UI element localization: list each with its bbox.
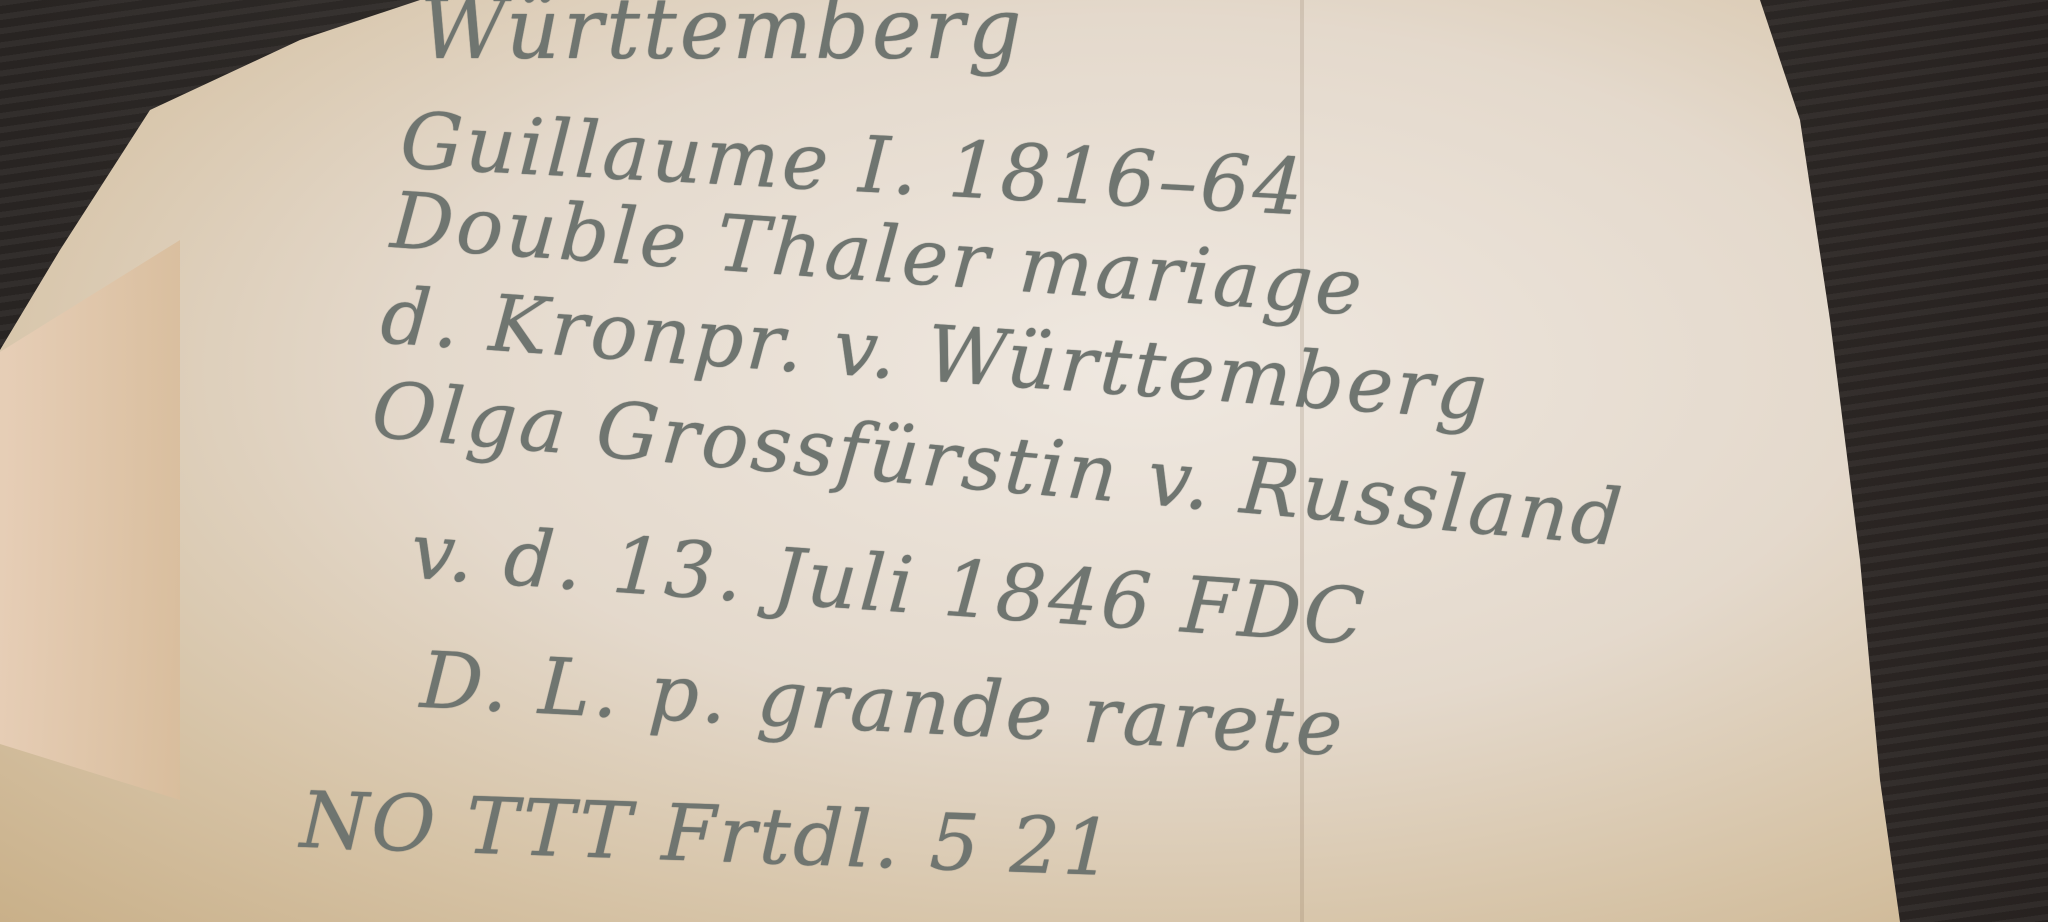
note-line-7: D. L. p. grande rarete [418,636,1347,774]
handwritten-note: Württemberg Guillaume I. 1816–64 Double … [380,0,1800,922]
note-line-6: v. d. 13. Juli 1846 FDC [408,507,1370,664]
note-line-8: NO TTT Frtdl. 5 21 [299,776,1117,894]
note-line-1: Württemberg [420,0,1024,78]
